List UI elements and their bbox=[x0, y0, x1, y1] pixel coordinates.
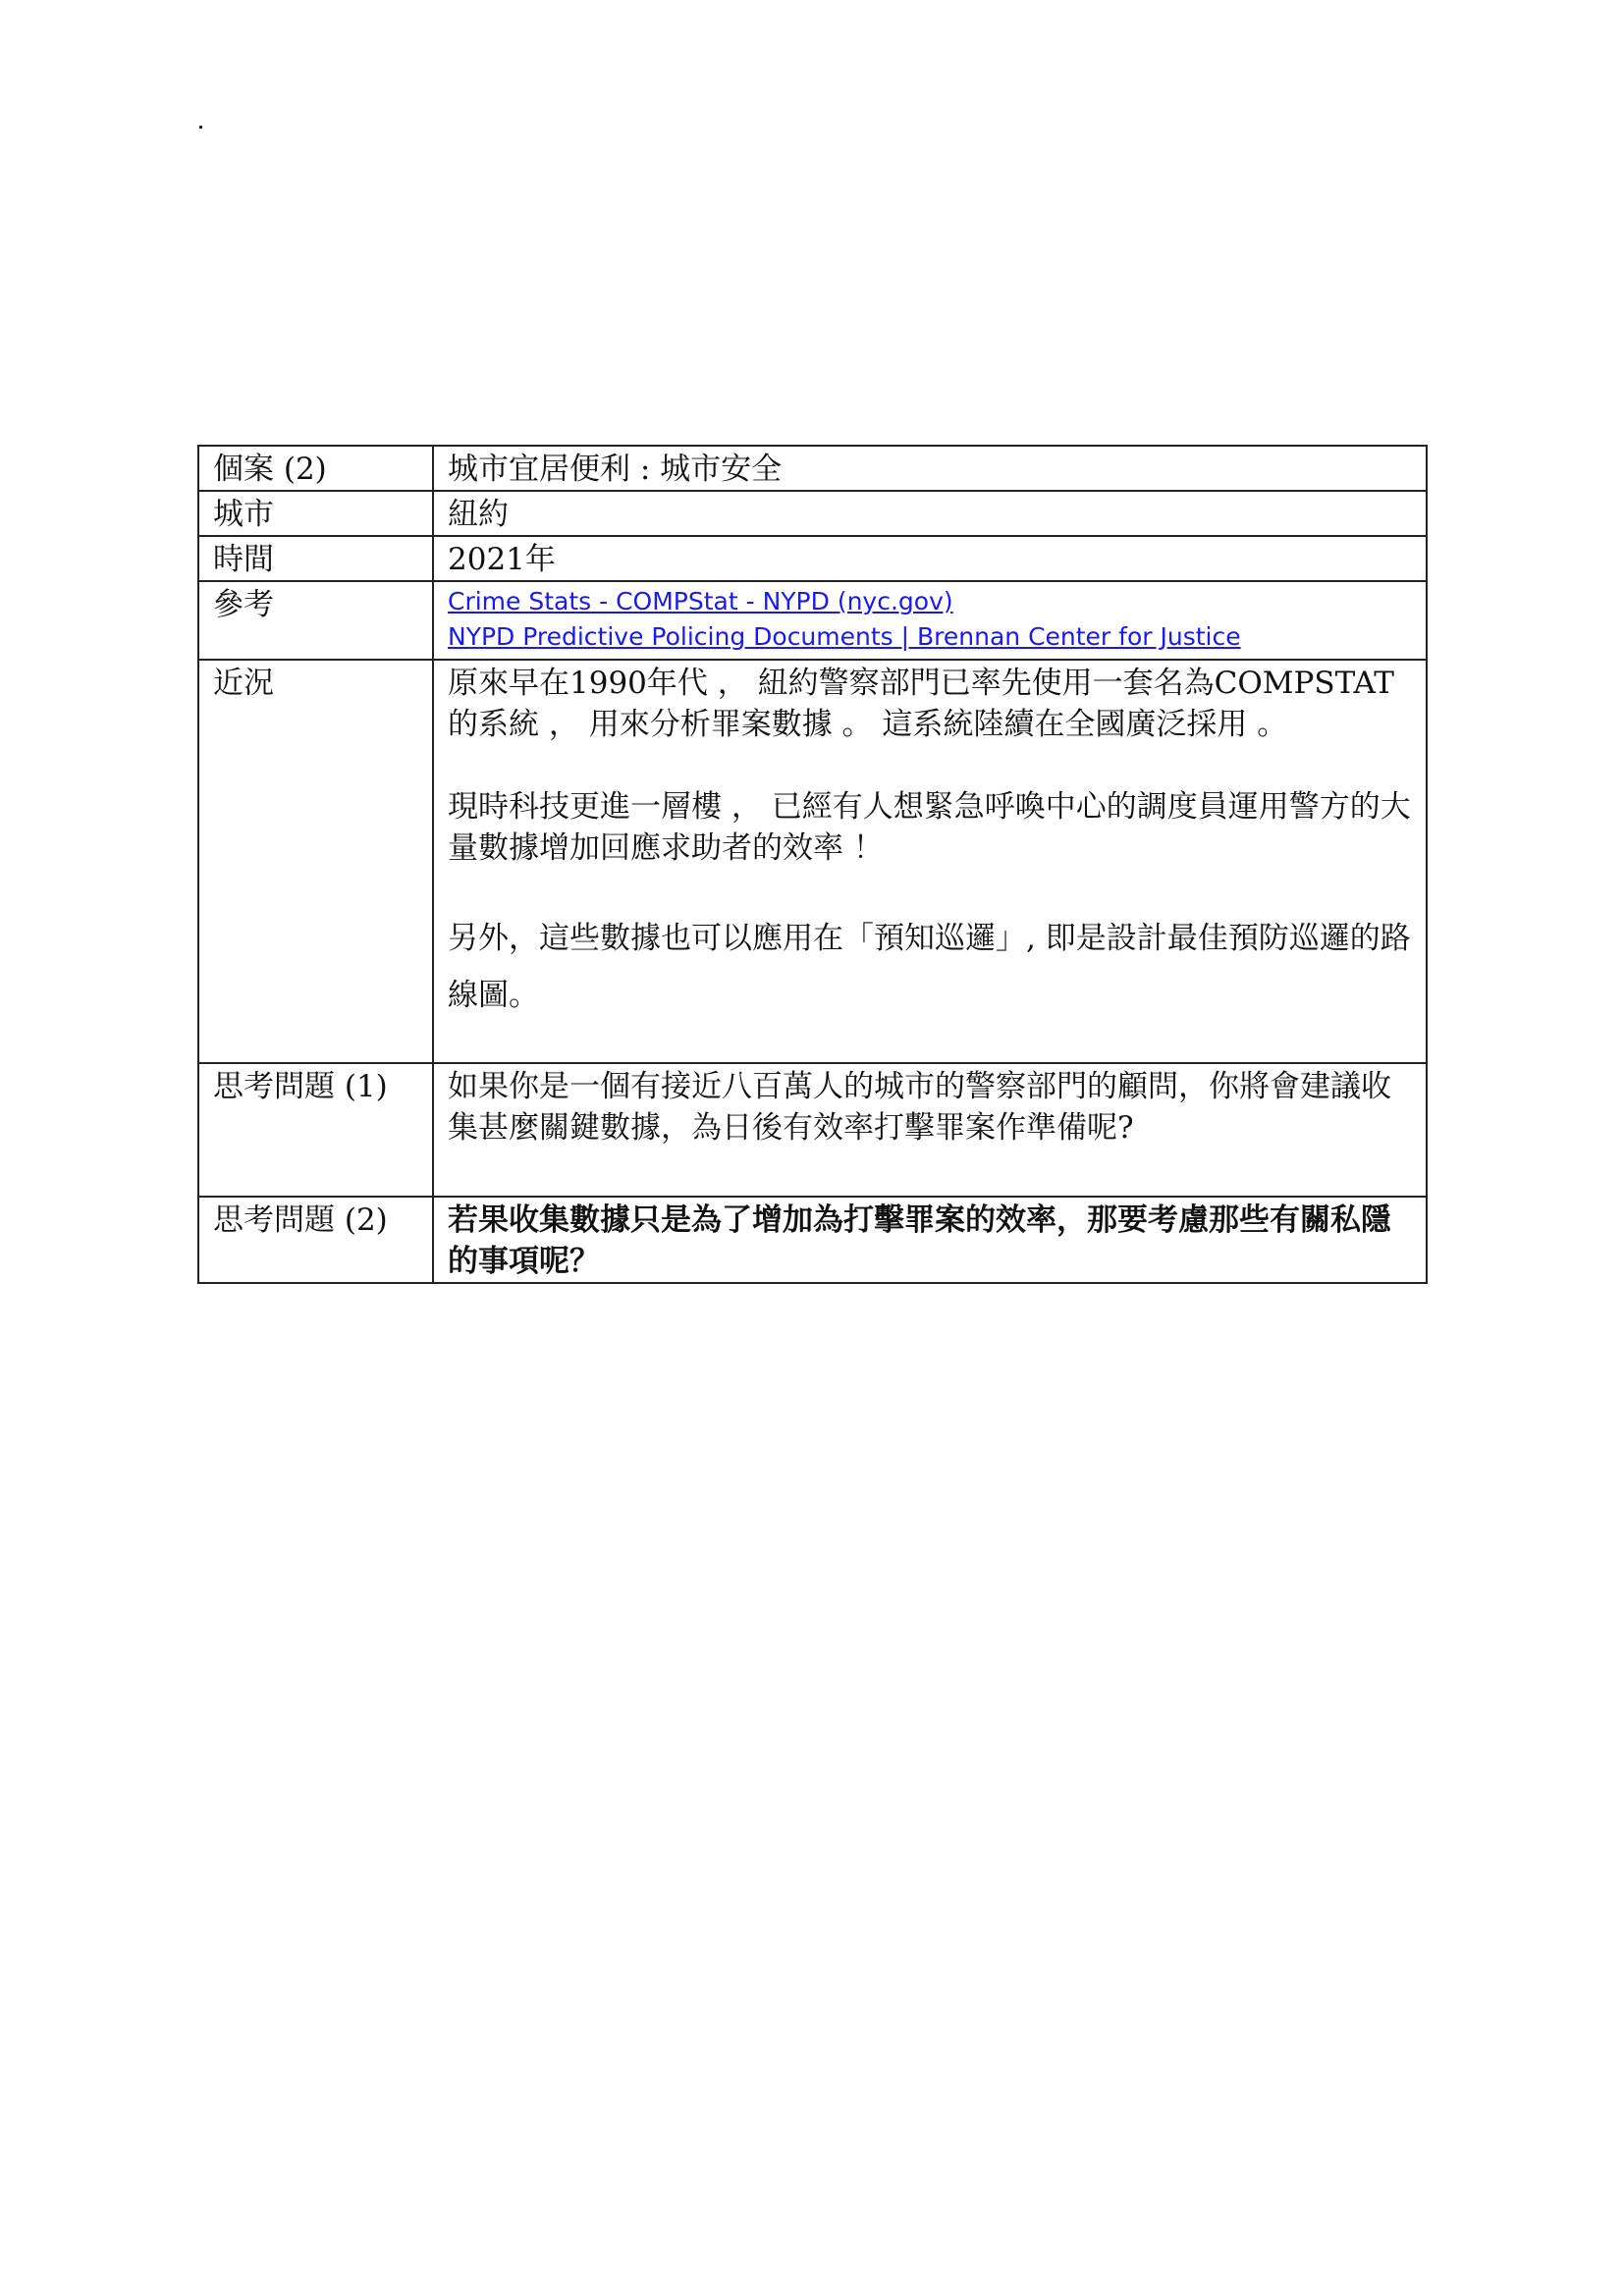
table-row-current-situation: 近況 原來早在1990年代 ， 紐約警察部門已率先使用一套名為COMPSTAT的… bbox=[198, 660, 1427, 1063]
paragraph-dispatch-data: 現時科技更進一層樓 ， 已經有人想緊急呼喚中心的調度員運用警方的大量數據增加回應… bbox=[448, 786, 1412, 869]
city-value: 紐約 bbox=[433, 491, 1427, 536]
table-row-city: 城市 紐約 bbox=[198, 491, 1427, 536]
case-study-table: 個案 (2) 城市宜居便利 : 城市安全 城市 紐約 時間 2021年 參考 C… bbox=[197, 445, 1428, 1284]
row-label: 參考 bbox=[198, 581, 433, 660]
table-row-case: 個案 (2) 城市宜居便利 : 城市安全 bbox=[198, 446, 1427, 491]
table-row-question-1: 思考問題 (1) 如果你是一個有接近八百萬人的城市的警察部門的顧問，你將會建議收… bbox=[198, 1063, 1427, 1197]
table-row-time: 時間 2021年 bbox=[198, 536, 1427, 581]
case-title: 城市宜居便利 : 城市安全 bbox=[433, 446, 1427, 491]
row-label: 城市 bbox=[198, 491, 433, 536]
table-row-reference: 參考 Crime Stats - COMPStat - NYPD (nyc.go… bbox=[198, 581, 1427, 660]
question-1-text: 如果你是一個有接近八百萬人的城市的警察部門的顧問，你將會建議收集甚麼關鍵數據，為… bbox=[433, 1063, 1427, 1197]
link-compstat[interactable]: Crime Stats - COMPStat - NYPD (nyc.gov) bbox=[448, 584, 1412, 619]
row-label: 時間 bbox=[198, 536, 433, 581]
current-situation-content: 原來早在1990年代 ， 紐約警察部門已率先使用一套名為COMPSTAT的系統 … bbox=[433, 660, 1427, 1063]
time-value: 2021年 bbox=[433, 536, 1427, 581]
reference-links: Crime Stats - COMPStat - NYPD (nyc.gov) … bbox=[433, 581, 1427, 660]
row-label: 思考問題 (1) bbox=[198, 1063, 433, 1197]
row-label: 個案 (2) bbox=[198, 446, 433, 491]
row-label: 思考問題 (2) bbox=[198, 1197, 433, 1283]
row-label: 近況 bbox=[198, 660, 433, 1063]
link-brennan-center[interactable]: NYPD Predictive Policing Documents | Bre… bbox=[448, 619, 1412, 655]
table-row-question-2: 思考問題 (2) 若果收集數據只是為了增加為打擊罪案的效率，那要考慮那些有關私隱… bbox=[198, 1197, 1427, 1283]
paragraph-compstat-history: 原來早在1990年代 ， 紐約警察部門已率先使用一套名為COMPSTAT的系統 … bbox=[448, 663, 1412, 745]
page-marker-dot bbox=[199, 126, 202, 129]
question-2-text: 若果收集數據只是為了增加為打擊罪案的效率，那要考慮那些有關私隱的事項呢？ bbox=[433, 1197, 1427, 1283]
paragraph-predictive-patrol: 另外，這些數據也可以應用在「預知巡邏」, 即是設計最佳預防巡邏的路線圖。 bbox=[448, 910, 1412, 1024]
